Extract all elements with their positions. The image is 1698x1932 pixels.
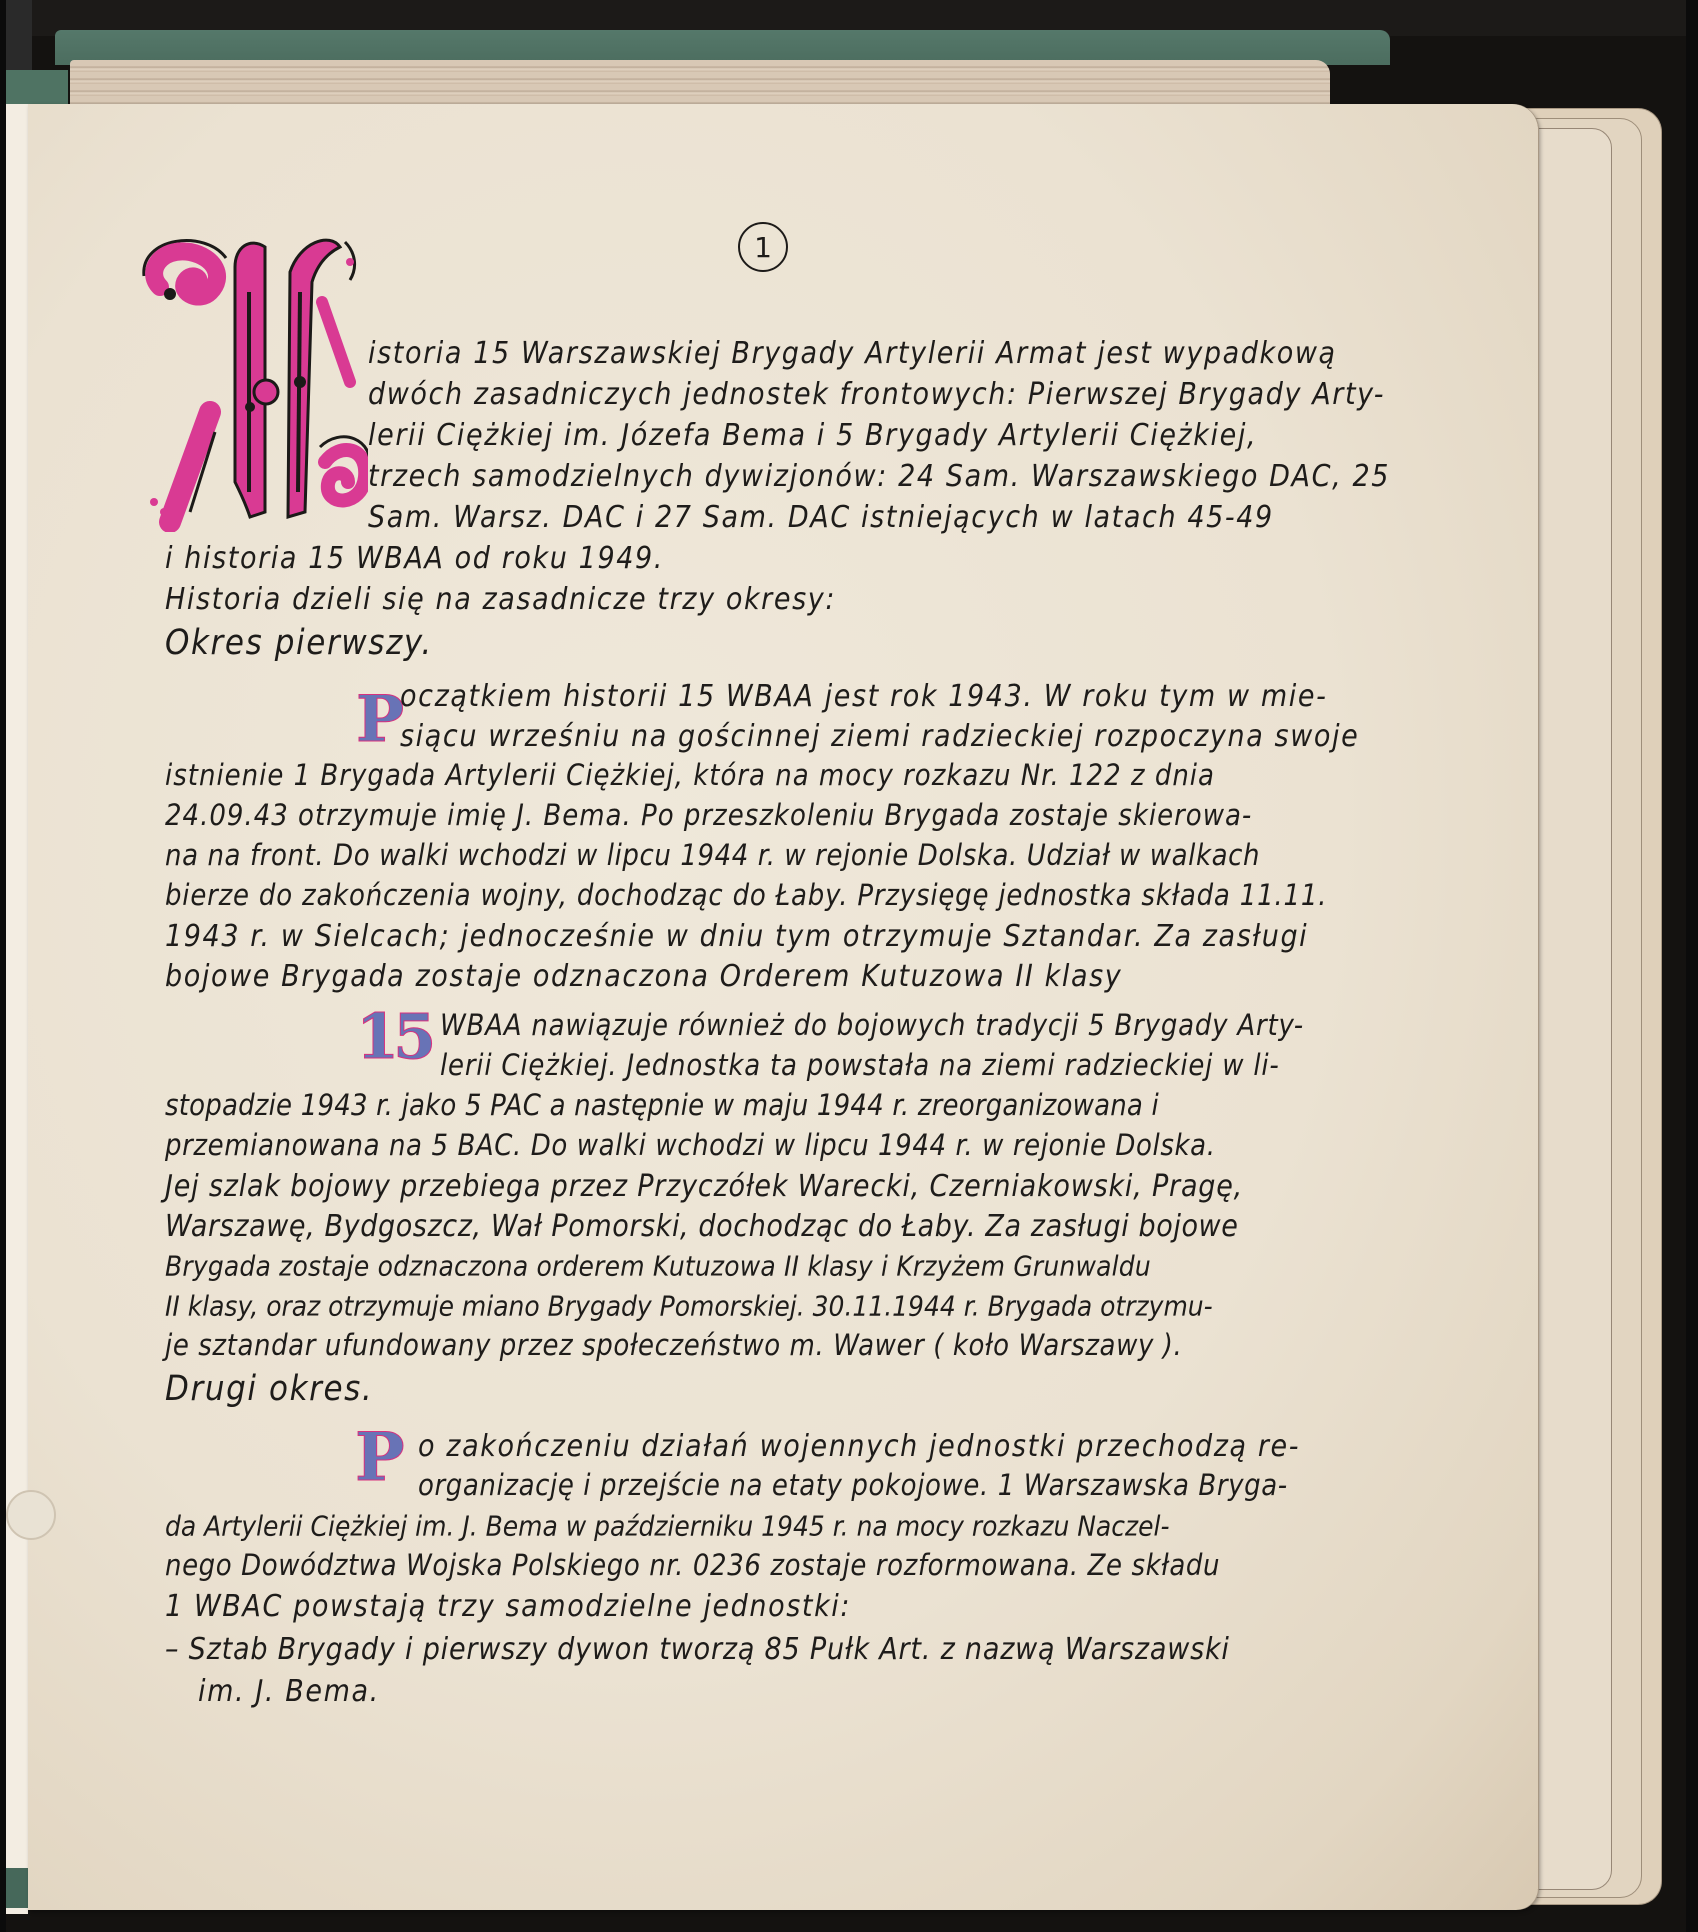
initial-p-blue: P (355, 1418, 405, 1496)
page-stack-edge-top (70, 60, 1330, 105)
text-line: bierze do zakończenia wojny, dochodząc d… (165, 879, 1327, 913)
text-line: oczątkiem historii 15 WBAA jest rok 1943… (400, 679, 1327, 714)
text-line: Jej szlak bojowy przebiega przez Przyczó… (165, 1169, 1243, 1204)
binder-hole (6, 1490, 56, 1540)
text-line: nego Dowództwa Wojska Polskiego nr. 0236… (165, 1549, 1220, 1583)
text-line: bojowe Brygada zostaje odznaczona Ordere… (165, 959, 1122, 994)
page-left-margin-strip (6, 104, 28, 1914)
text-line: organizację i przejście na etaty pokojow… (418, 1469, 1288, 1503)
text-line: przemianowana na 5 BAC. Do walki wchodzi… (165, 1129, 1216, 1163)
text-line: istnienie 1 Brygada Artylerii Ciężkiej, … (165, 759, 1215, 793)
initial-p-blue: P (356, 682, 404, 757)
text-line: im. J. Bema. (198, 1674, 380, 1709)
text-line: istoria 15 Warszawskiej Brygady Artyleri… (368, 336, 1337, 371)
text-line: je sztandar ufundowany przez społeczeńst… (165, 1329, 1182, 1363)
text-line: II klasy, oraz otrzymuje miano Brygady P… (165, 1290, 1213, 1322)
text-line: dwóch zasadniczych jednostek frontowych:… (368, 377, 1385, 412)
text-line: Warszawę, Bydgoszcz, Wał Pomorski, docho… (165, 1209, 1238, 1244)
text-line: o zakończeniu działań wojennych jednostk… (418, 1429, 1300, 1464)
text-line: 24.09.43 otrzymuje imię J. Bema. Po prze… (165, 799, 1252, 833)
backdrop-gray (6, 0, 32, 72)
scan-border-right (1686, 0, 1698, 1932)
text-line: 1943 r. w Sielcach; jednocześnie w dniu … (165, 919, 1308, 954)
list-item: – Sztab Brygady i pierwszy dywon tworzą … (165, 1632, 1230, 1667)
section-heading: Okres pierwszy. (165, 623, 433, 663)
text-line: Brygada zostaje odznaczona orderem Kutuz… (165, 1250, 1151, 1282)
text-line: Historia dzieli się na zasadnicze trzy o… (165, 582, 836, 617)
text-line: trzech samodzielnych dywizjonów: 24 Sam.… (368, 459, 1390, 494)
text-line: i historia 15 WBAA od roku 1949. (165, 541, 664, 576)
text-line: stopadzie 1943 r. jako 5 PAC a następnie… (165, 1089, 1159, 1123)
book-cover-left (6, 70, 68, 104)
initial-15-blue: 15 (356, 1000, 430, 1073)
section-heading: Drugi okres. (165, 1369, 373, 1409)
text-line: lerii Ciężkiej im. Józefa Bema i 5 Bryga… (368, 418, 1257, 453)
text-line: lerii Ciężkiej. Jednostka ta powstała na… (440, 1049, 1280, 1083)
text-line: Sam. Warsz. DAC i 27 Sam. DAC istniejący… (368, 500, 1274, 535)
text-line: da Artylerii Ciężkiej im. J. Bema w paźd… (165, 1510, 1169, 1542)
text-line: WBAA nawiązuje również do bojowych trady… (440, 1009, 1304, 1043)
page-number: 1 (738, 222, 788, 272)
text-line: 1 WBAC powstają trzy samodzielne jednost… (165, 1589, 851, 1624)
illuminated-initial-h-icon (140, 232, 368, 532)
text-line: na na front. Do walki wchodzi w lipcu 19… (165, 839, 1260, 873)
text-line: siącu wrześniu na gościnnej ziemi radzie… (400, 719, 1359, 754)
